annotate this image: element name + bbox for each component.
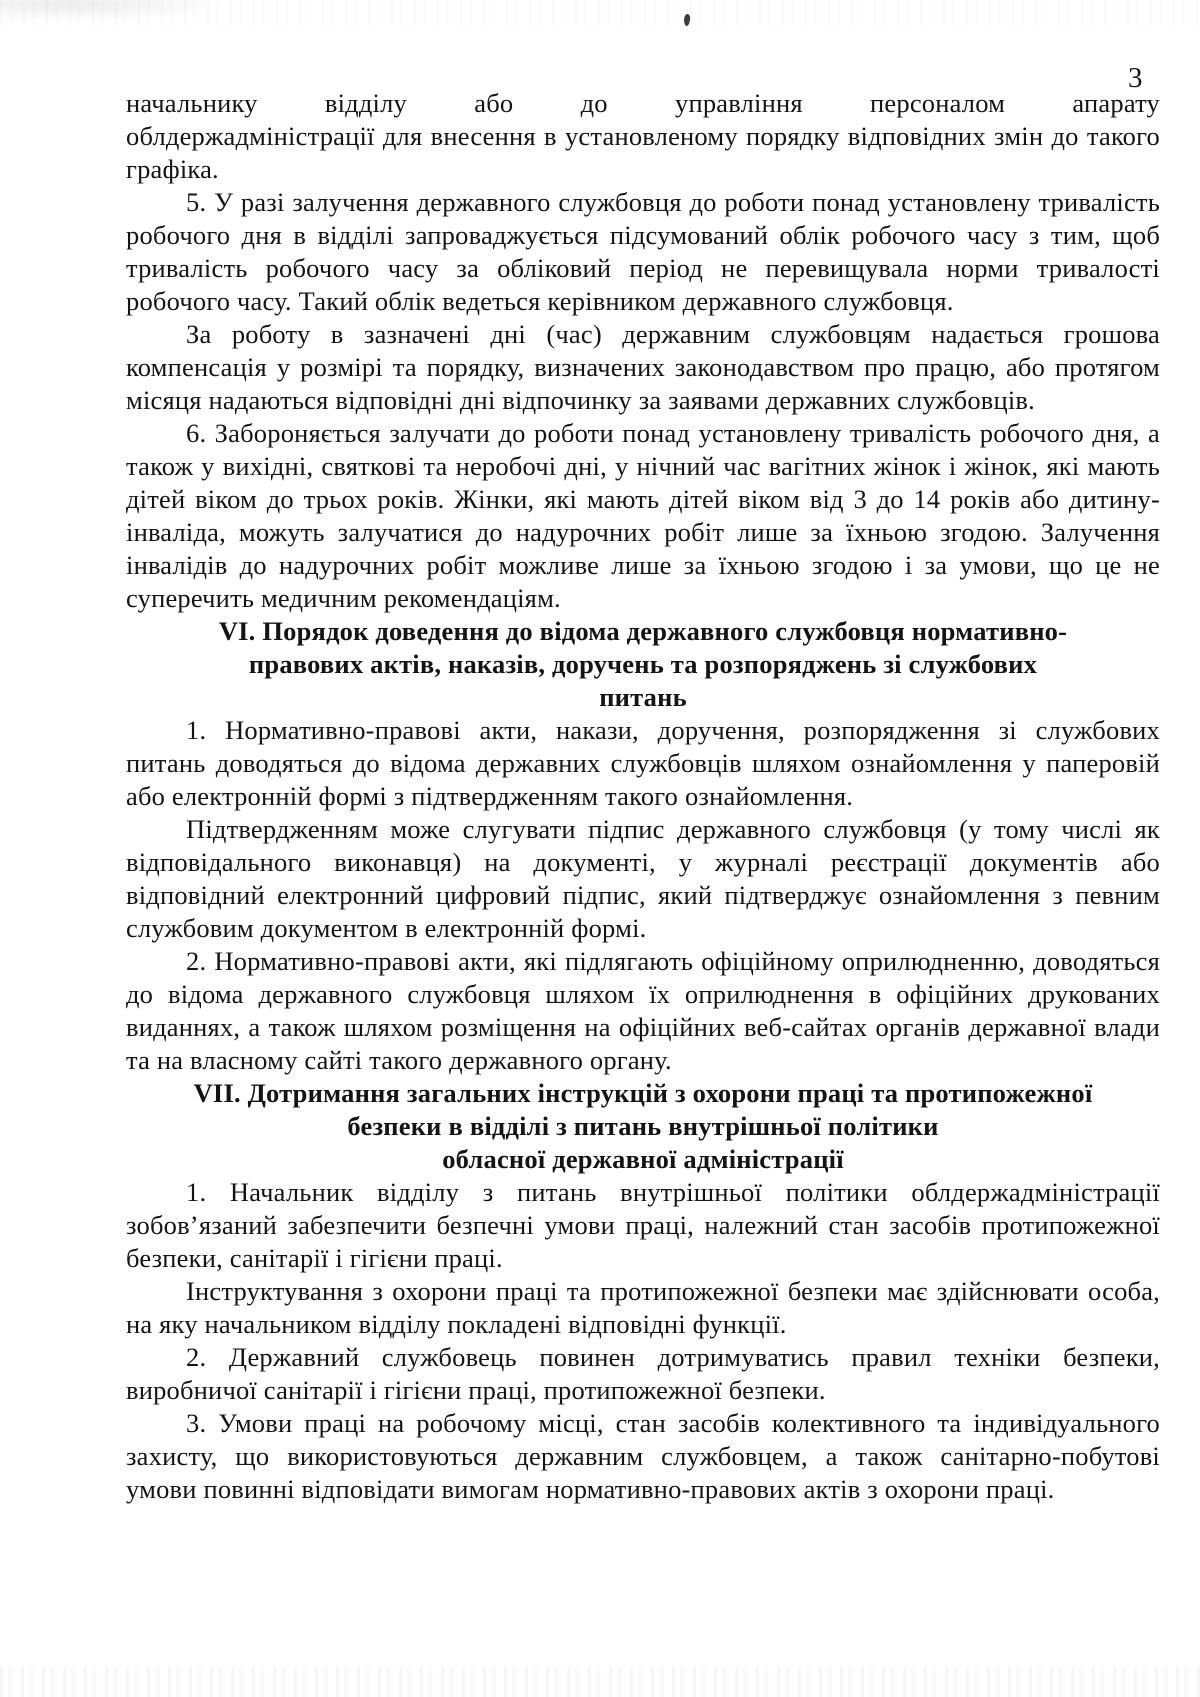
section-vi-heading-line-2: правових актів, наказів, доручень та роз… bbox=[126, 648, 1160, 681]
scan-noise-bottom-edge bbox=[0, 1667, 1200, 1697]
section-vi-paragraph-2: 2. Нормативно-правові акти, які підлягаю… bbox=[126, 945, 1160, 1077]
section-vii-paragraph-instruction: Інструктування з охорони праці та протип… bbox=[126, 1275, 1160, 1341]
section-vii-heading: VII. Дотримання загальних інструкцій з о… bbox=[126, 1077, 1160, 1176]
continuation-paragraph-rest: облдержадміністрації для внесення в уста… bbox=[126, 120, 1160, 186]
section-vi-paragraph-1: 1. Нормативно-правові акти, накази, дору… bbox=[126, 714, 1160, 813]
section-vi-heading-line-1: VI. Порядок доведення до відома державно… bbox=[126, 615, 1160, 648]
section-vi-heading-line-3: питань bbox=[126, 681, 1160, 714]
scan-smudge-top-left bbox=[0, 0, 230, 22]
section-vii-heading-line-2: безпеки в відділі з питань внутрішньої п… bbox=[126, 1110, 1160, 1143]
scanned-document-page: 3 начальнику відділу або до управління п… bbox=[0, 0, 1200, 1697]
section-vii-paragraph-1: 1. Начальник відділу з питань внутрішньо… bbox=[126, 1176, 1160, 1275]
paragraph-5: 5. У разі залучення державного службовця… bbox=[126, 186, 1160, 318]
section-vii-heading-line-1: VII. Дотримання загальних інструкцій з о… bbox=[126, 1077, 1160, 1110]
paragraph-compensation: За роботу в зазначені дні (час) державни… bbox=[126, 318, 1160, 417]
section-vii-paragraph-3: 3. Умови праці на робочому місці, стан з… bbox=[126, 1407, 1160, 1506]
section-vii-paragraph-2: 2. Державний службовець повинен дотримув… bbox=[126, 1341, 1160, 1407]
section-vi-heading: VI. Порядок доведення до відома державно… bbox=[126, 615, 1160, 714]
document-text-block: начальнику відділу або до управління пер… bbox=[126, 87, 1160, 1506]
section-vi-paragraph-confirmation: Підтвердженням може слугувати підпис дер… bbox=[126, 813, 1160, 945]
continuation-paragraph-first-line: начальнику відділу або до управління пер… bbox=[126, 87, 1160, 120]
section-vii-heading-line-3: обласної державної адміністрації bbox=[126, 1143, 1160, 1176]
paragraph-6: 6. Забороняється залучати до роботи пона… bbox=[126, 417, 1160, 615]
